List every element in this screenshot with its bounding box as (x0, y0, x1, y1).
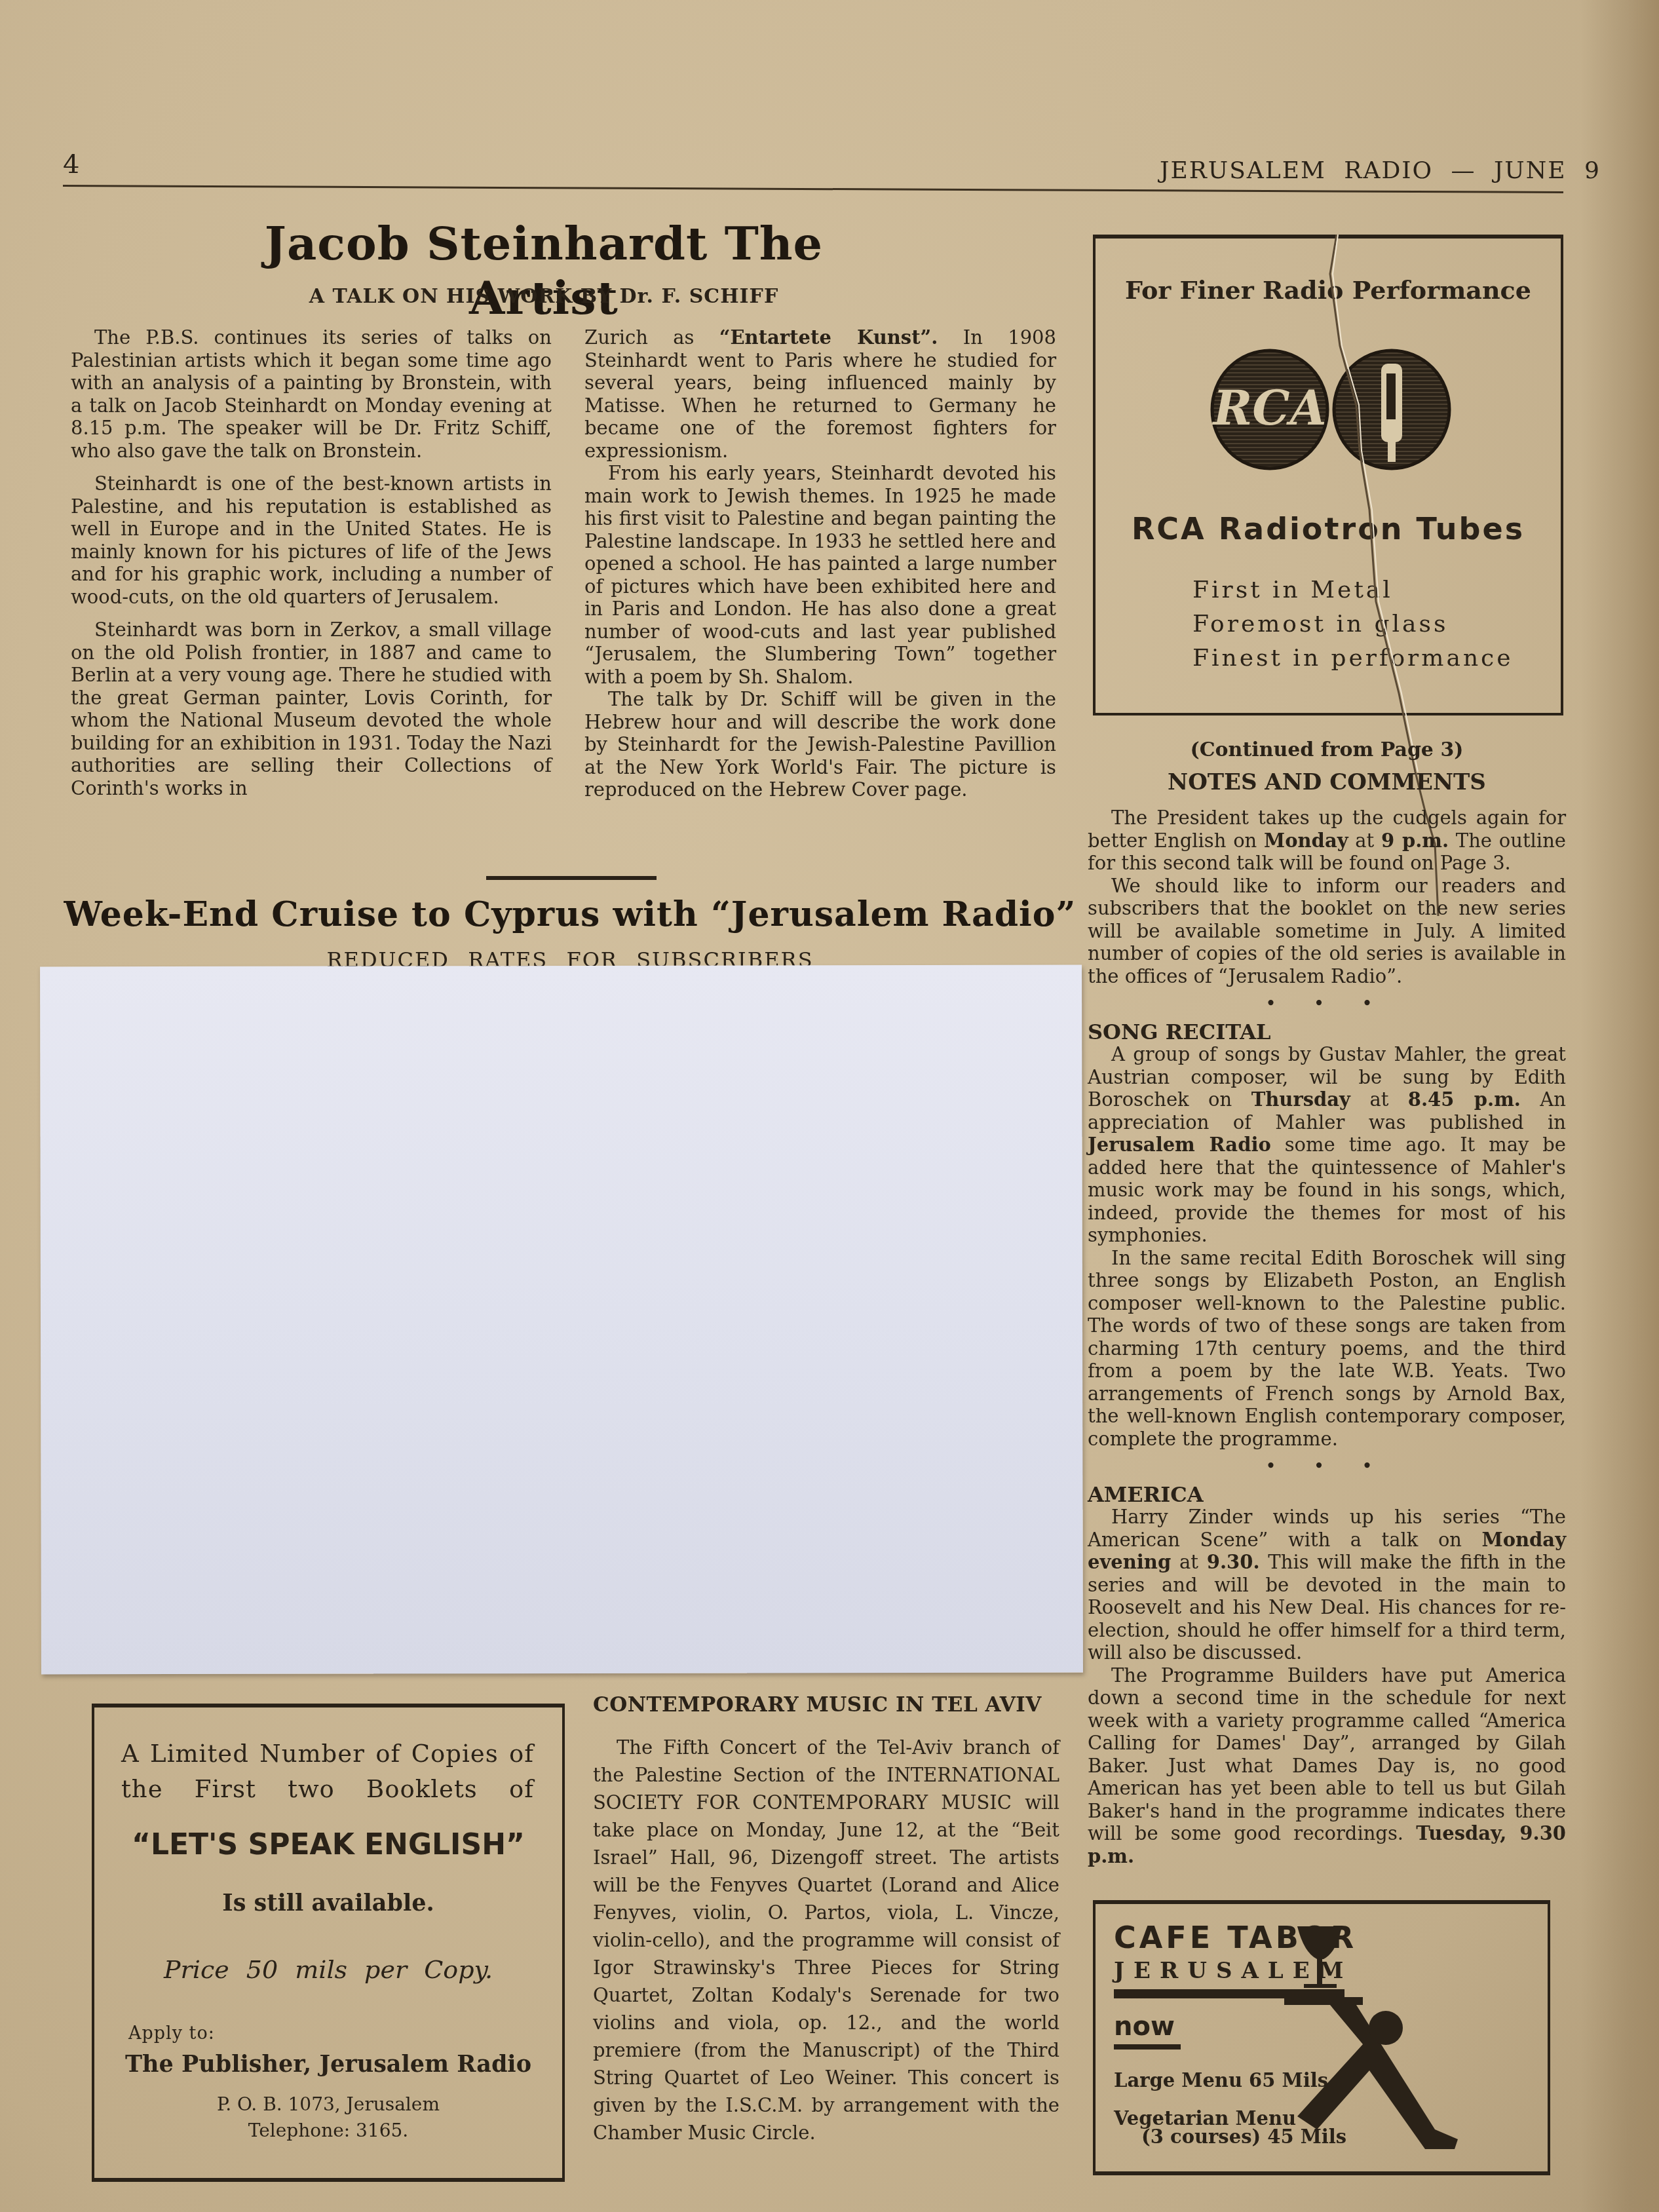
bold-text: Thursday (1251, 1088, 1350, 1111)
english-ad-title: “LET'S SPEAK ENGLISH” (92, 1828, 565, 1861)
cruise-headline: Week-End Cruise to Cyprus with “Jerusale… (59, 894, 1081, 934)
address-line: P. O. B. 1073, Jerusalem (92, 2091, 565, 2118)
paragraph: The Programme Builders have put America … (1088, 1664, 1566, 1868)
notes-heading: NOTES AND COMMENTS (1088, 771, 1566, 794)
separator-dots: • • • (1088, 993, 1566, 1016)
tagline: Foremost in glass (1192, 607, 1514, 641)
text: at (1171, 1551, 1207, 1573)
contemporary-music-body: The Fifth Concert of the Tel-Aviv branch… (593, 1734, 1059, 2146)
svg-text:RCA: RCA (1211, 380, 1326, 436)
paragraph: The talk by Dr. Schiff will be given in … (584, 688, 1056, 801)
paragraph: Steinhardt is one of the best-known arti… (71, 472, 552, 608)
bold-text: 8.45 p.m. (1408, 1088, 1521, 1111)
bold-text: “Entartete Kunst”. (719, 326, 938, 349)
section-divider (486, 876, 657, 880)
cafe-now-label: now (1114, 2012, 1175, 2042)
english-ad-address: P. O. B. 1073, Jerusalem Telephone: 3165… (92, 2091, 565, 2144)
paragraph: The P.B.S. continues its series of talks… (71, 326, 552, 462)
english-ad-intro: A Limited Number of Copies of the First … (121, 1736, 534, 1807)
paragraph: Steinhardt was born in Zerkov, a small v… (71, 619, 552, 799)
paragraph: We should like to inform our readers and… (1088, 875, 1566, 988)
paragraph: From his early years, Steinhardt devoted… (584, 462, 1056, 688)
paragraph: A group of songs by Gustav Mahler, the g… (1088, 1043, 1566, 1247)
song-recital-heading: SONG RECITAL (1088, 1021, 1566, 1044)
english-ad-availability: Is still available. (92, 1890, 565, 1916)
article-subtitle: A TALK ON HIS WORK BY Dr. F. SCHIFF (216, 285, 871, 308)
page-fold-shadow (1580, 0, 1659, 2212)
paragraph: Harry Zinder winds up his series “The Am… (1088, 1506, 1566, 1664)
rca-taglines: First in Metal Foremost in glass Finest … (1192, 573, 1514, 676)
bold-text: 9.30. (1207, 1551, 1260, 1573)
rca-ad-headline: For Finer Radio Performance (1093, 275, 1563, 305)
article-column-1: The P.B.S. continues its series of talks… (71, 326, 552, 799)
english-ad-price: Price 50 mils per Copy. (92, 1955, 565, 1984)
cafe-now-rule (1114, 2044, 1181, 2050)
paragraph: Zurich as “Entartete Kunst”. In 1908 Ste… (584, 326, 1056, 462)
header-rule (63, 185, 1563, 193)
newspaper-page: 4 JERUSALEM RADIO — JUNE 9 Jacob Steinha… (0, 0, 1659, 2212)
separator-dots: • • • (1088, 1455, 1566, 1478)
article-column-2: Zurich as “Entartete Kunst”. In 1908 Ste… (584, 326, 1056, 801)
english-ad-apply-label: Apply to: (128, 2023, 215, 2044)
bold-text: Jerusalem Radio (1088, 1134, 1271, 1156)
tagline: First in Metal (1192, 573, 1514, 607)
tagline: Finest in performance (1192, 641, 1514, 676)
rca-logo-icon: RCA (1210, 347, 1452, 472)
notes-and-comments: (Continued from Page 3) NOTES AND COMMEN… (1088, 739, 1566, 1867)
rca-product-name: RCA Radiotron Tubes (1093, 511, 1563, 546)
page-number: 4 (63, 149, 79, 180)
masthead-date: JERUSALEM RADIO — JUNE 9 (1160, 157, 1601, 184)
telephone-line: Telephone: 3165. (92, 2118, 565, 2144)
waiter-figure-icon (1271, 1913, 1533, 2162)
continued-label: (Continued from Page 3) (1088, 739, 1566, 762)
text: The Programme Builders have put America … (1088, 1664, 1566, 1845)
text: at (1348, 829, 1382, 852)
english-ad-publisher: The Publisher, Jerusalem Radio (92, 2051, 565, 2078)
bold-text: 9 p.m. (1381, 829, 1449, 852)
text: at (1350, 1088, 1408, 1111)
paragraph: In the same recital Edith Boroschek will… (1088, 1247, 1566, 1451)
article-title: Jacob Steinhardt The Artist (216, 216, 871, 325)
paragraph: The Fifth Concert of the Tel-Aviv branch… (593, 1734, 1059, 2146)
text: Zurich as (584, 326, 719, 349)
bold-text: Monday (1264, 829, 1348, 852)
blank-paper-overlay (40, 965, 1083, 1675)
contemporary-music-heading: CONTEMPORARY MUSIC IN TEL AVIV (593, 1693, 1065, 1717)
america-heading: AMERICA (1088, 1483, 1566, 1506)
paragraph: The President takes up the cudgels again… (1088, 807, 1566, 875)
